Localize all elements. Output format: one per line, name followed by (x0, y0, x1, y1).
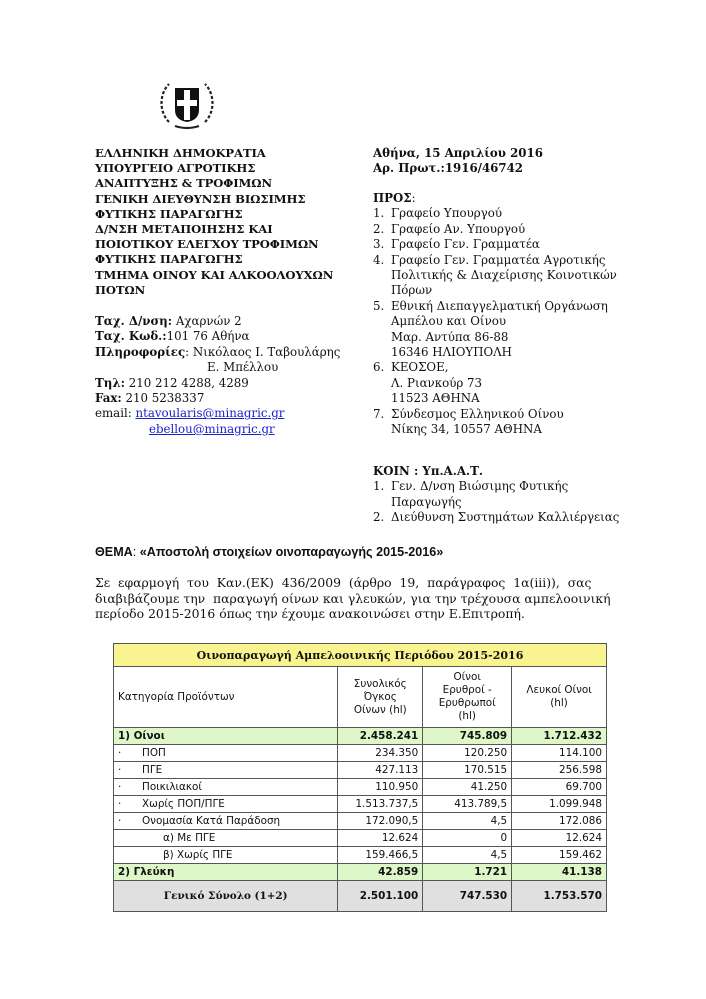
list-item-line: Γεν. Δ/νση Βιώσιμης Φυτικής (391, 479, 673, 494)
row-label: ·Χωρίς ΠΟΠ/ΠΓΕ (114, 796, 338, 813)
row-label: ·ΠΟΠ (114, 745, 338, 762)
header-white: Λευκοί Οίνοι(hl) (512, 667, 607, 728)
cell-white: 1.753.570 (512, 881, 607, 912)
table-row: ·ΠΟΠ234.350120.250114.100 (114, 745, 607, 762)
phone-line: Τηλ: 210 212 4288, 4289 (95, 376, 340, 391)
list-item-line: Λ. Ριανκούρ 73 (391, 376, 673, 391)
recipient-item: 2.Γραφείο Αν. Υπουργού (373, 222, 673, 237)
cell-white: 41.138 (512, 864, 607, 881)
date-block: Αθήνα, 15 Απριλίου 2016 Αρ. Πρωτ.:1916/4… (373, 146, 543, 177)
list-item-line: ΚΕΟΣΟΕ, (391, 360, 673, 375)
list-item-line: 16346 ΗΛΙΟΥΠΟΛΗ (391, 345, 673, 360)
recipient-item: 4.Γραφείο Γεν. Γραμματέα ΑγροτικήςΠολιτι… (373, 253, 673, 299)
row-label-text: β) Χωρίς ΠΓΕ (118, 848, 233, 863)
table-row: ·Ονομασία Κατά Παράδοση172.090,54,5172.0… (114, 813, 607, 830)
row-label-text: Χωρίς ΠΟΠ/ΠΓΕ (142, 798, 225, 810)
row-label: 2) Γλεύκη (114, 864, 338, 881)
cell-total: 234.350 (338, 745, 423, 762)
bullet-icon: · (118, 814, 142, 829)
info-line-2: Ε. Μπέλλου (95, 360, 340, 375)
recipient-item: 5.Εθνική Διεπαγγελματική ΟργάνωσηΑμπέλου… (373, 299, 673, 361)
list-item-line: Γραφείο Γεν. Γραμματέα Αγροτικής (391, 253, 673, 268)
musts-group-row: 2) Γλεύκη42.8591.72141.138 (114, 864, 607, 881)
list-item-line: Εθνική Διεπαγγελματική Οργάνωση (391, 299, 673, 314)
table-row: α) Με ΠΓΕ12.624012.624 (114, 830, 607, 847)
row-label-text: ΠΟΠ (142, 747, 166, 759)
header-line: ΦΥΤΙΚΗΣ ΠΑΡΑΓΩΓΗΣ (95, 252, 333, 267)
list-item-line: Παραγωγής (391, 495, 673, 510)
cell-total: 42.859 (338, 864, 423, 881)
greek-coat-of-arms-icon (155, 76, 219, 132)
recipients-list: 1.Γραφείο Υπουργού2.Γραφείο Αν. Υπουργού… (373, 206, 673, 437)
table-row: ·ΠΓΕ427.113170.515256.598 (114, 762, 607, 779)
header-line: ΥΠΟΥΡΓΕΙΟ ΑΓΡΟΤΙΚΗΣ (95, 161, 333, 176)
list-number: 2. (373, 510, 384, 525)
wine-production-table: Οινοπαραγωγή Αμπελοοινικής Περιόδου 2015… (113, 643, 607, 912)
table-title-row: Οινοπαραγωγή Αμπελοοινικής Περιόδου 2015… (114, 644, 607, 667)
email-link-1[interactable]: ntavoularis@minagric.gr (135, 406, 284, 420)
cell-white: 256.598 (512, 762, 607, 779)
cell-red: 4,5 (423, 847, 512, 864)
cell-total: 1.513.737,5 (338, 796, 423, 813)
list-item-line: Μαρ. Αντύπα 86-88 (391, 330, 673, 345)
table-header-row: Κατηγορία Προϊόντων ΣυνολικόςΌγκοςΟίνων … (114, 667, 607, 728)
row-label-text: Ονομασία Κατά Παράδοση (142, 815, 280, 827)
header-line: ΠΟΤΩΝ (95, 283, 333, 298)
recipient-item: 6.ΚΕΟΣΟΕ,Λ. Ριανκούρ 7311523 ΑΘΗΝΑ (373, 360, 673, 406)
header-category: Κατηγορία Προϊόντων (114, 667, 338, 728)
ministry-header: ΕΛΛΗΝΙΚΗ ΔΗΜΟΚΡΑΤΙΑΥΠΟΥΡΓΕΙΟ ΑΓΡΟΤΙΚΗΣΑΝ… (95, 146, 333, 298)
body-paragraph: Σε εφαρμογή του Καν.(ΕΚ) 436/2009 (άρθρο… (95, 575, 613, 622)
cell-red: 4,5 (423, 813, 512, 830)
email-link-2[interactable]: ebellou@minagric.gr (149, 422, 275, 436)
list-item-line: Πολιτικής & Διαχείρισης Κοινοτικών (391, 268, 673, 283)
row-label-text: ΠΓΕ (142, 764, 162, 776)
cell-red: 0 (423, 830, 512, 847)
list-item-line: Διεύθυνση Συστημάτων Καλλιέργειας (391, 510, 673, 525)
subject-text: «Αποστολή στοιχείων οινοπαραγωγής 2015-2… (140, 545, 444, 559)
header-red: ΟίνοιΕρυθροί -Ερυθρωποί(hl) (423, 667, 512, 728)
cell-white: 1.712.432 (512, 728, 607, 745)
body-line: διαβιβάζουμε την παραγωγή οίνων και γλευ… (95, 591, 613, 607)
row-label: Γενικό Σύνολο (1+2) (114, 881, 338, 912)
contact-block: Ταχ. Δ/νση: Αχαρνών 2 Ταχ. Κωδ.:101 76 Α… (95, 314, 340, 437)
cell-white: 114.100 (512, 745, 607, 762)
cell-total: 2.501.100 (338, 881, 423, 912)
grand-total-row: Γενικό Σύνολο (1+2)2.501.100747.5301.753… (114, 881, 607, 912)
bullet-icon: · (118, 746, 142, 761)
table-row: β) Χωρίς ΠΓΕ159.466,54,5159.462 (114, 847, 607, 864)
recipients-block: ΠΡΟΣ: 1.Γραφείο Υπουργού2.Γραφείο Αν. Υπ… (373, 191, 673, 438)
list-item-line: Σύνδεσμος Ελληνικού Οίνου (391, 407, 673, 422)
list-item-line: Γραφείο Γεν. Γραμματέα (391, 237, 673, 252)
cc-item: 2.Διεύθυνση Συστημάτων Καλλιέργειας (373, 510, 673, 525)
cc-block: ΚΟΙΝ : Υπ.Α.Α.Τ. 1.Γεν. Δ/νση Βιώσιμης Φ… (373, 464, 673, 526)
wines-group-row: 1) Οίνοι 2.458.241 745.809 1.712.432 (114, 728, 607, 745)
recipient-item: 3.Γραφείο Γεν. Γραμματέα (373, 237, 673, 252)
list-item-line: Αμπέλου και Οίνου (391, 314, 673, 329)
cell-white: 1.099.948 (512, 796, 607, 813)
list-number: 1. (373, 206, 384, 221)
table-title: Οινοπαραγωγή Αμπελοοινικής Περιόδου 2015… (114, 644, 607, 667)
cc-title: ΚΟΙΝ : Υπ.Α.Α.Τ. (373, 464, 673, 479)
table-row: ·Ποικιλιακοί110.95041.25069.700 (114, 779, 607, 796)
cell-white: 12.624 (512, 830, 607, 847)
row-label-text: α) Με ΠΓΕ (118, 831, 215, 846)
list-item-line: Γραφείο Υπουργού (391, 206, 673, 221)
info-line: Πληροφορίες: Νικόλαος Ι. Ταβουλάρης (95, 345, 340, 360)
cell-total: 2.458.241 (338, 728, 423, 745)
cell-red: 120.250 (423, 745, 512, 762)
document-date: Αθήνα, 15 Απριλίου 2016 (373, 146, 543, 161)
cc-list: 1.Γεν. Δ/νση Βιώσιμης ΦυτικήςΠαραγωγής2.… (373, 479, 673, 525)
bullet-icon: · (118, 797, 142, 812)
list-item-line: Γραφείο Αν. Υπουργού (391, 222, 673, 237)
cell-total: 427.113 (338, 762, 423, 779)
cell-total: 12.624 (338, 830, 423, 847)
row-label-text: Ποικιλιακοί (142, 781, 202, 793)
subject-line: ΘΕΜΑ: «Αποστολή στοιχείων οινοπαραγωγής … (95, 545, 443, 559)
cell-total: 172.090,5 (338, 813, 423, 830)
protocol-number: Αρ. Πρωτ.:1916/46742 (373, 161, 543, 176)
bullet-icon: · (118, 780, 142, 795)
header-line: ΤΜΗΜΑ ΟΙΝΟΥ ΚΑΙ ΑΛΚΟΟΛΟΥΧΩΝ (95, 268, 333, 283)
list-number: 2. (373, 222, 384, 237)
list-number: 4. (373, 253, 384, 268)
cell-total: 159.466,5 (338, 847, 423, 864)
cell-white: 159.462 (512, 847, 607, 864)
header-line: ΦΥΤΙΚΗΣ ΠΑΡΑΓΩΓΗΣ (95, 207, 333, 222)
email-line-2: ebellou@minagric.gr (95, 422, 340, 437)
row-label: ·Ονομασία Κατά Παράδοση (114, 813, 338, 830)
list-number: 6. (373, 360, 384, 375)
row-label: ·ΠΓΕ (114, 762, 338, 779)
row-label: ·Ποικιλιακοί (114, 779, 338, 796)
cell-red: 413.789,5 (423, 796, 512, 813)
cell-red: 41.250 (423, 779, 512, 796)
list-number: 3. (373, 237, 384, 252)
cell-red: 170.515 (423, 762, 512, 779)
recipients-title: ΠΡΟΣ (373, 191, 412, 205)
table-row: ·Χωρίς ΠΟΠ/ΠΓΕ1.513.737,5413.789,51.099.… (114, 796, 607, 813)
email-line: email: ntavoularis@minagric.gr (95, 406, 340, 421)
cell-red: 747.530 (423, 881, 512, 912)
list-item-line: 11523 ΑΘΗΝΑ (391, 391, 673, 406)
header-line: ΓΕΝΙΚΗ ΔΙΕΥΘΥΝΣΗ ΒΙΩΣΙΜΗΣ (95, 192, 333, 207)
list-item-line: Νίκης 34, 10557 ΑΘΗΝΑ (391, 422, 673, 437)
body-line: περίοδο 2015-2016 όπως την έχουμε ανακοι… (95, 606, 613, 622)
header-line: ΕΛΛΗΝΙΚΗ ΔΗΜΟΚΡΑΤΙΑ (95, 146, 333, 161)
recipient-item: 1.Γραφείο Υπουργού (373, 206, 673, 221)
list-number: 5. (373, 299, 384, 314)
bullet-icon: · (118, 763, 142, 778)
row-label: 1) Οίνοι (114, 728, 338, 745)
address-line: Ταχ. Δ/νση: Αχαρνών 2 (95, 314, 340, 329)
header-line: Δ/ΝΣΗ ΜΕΤΑΠΟΙΗΣΗΣ ΚΑΙ (95, 222, 333, 237)
row-label: α) Με ΠΓΕ (114, 830, 338, 847)
list-number: 7. (373, 407, 384, 422)
cell-white: 69.700 (512, 779, 607, 796)
recipient-item: 7.Σύνδεσμος Ελληνικού ΟίνουΝίκης 34, 105… (373, 407, 673, 438)
fax-line: Fax: 210 5238337 (95, 391, 340, 406)
list-number: 1. (373, 479, 384, 494)
header-total: ΣυνολικόςΌγκοςΟίνων (hl) (338, 667, 423, 728)
header-line: ΠΟΙΟΤΙΚΟΥ ΕΛΕΓΧΟΥ ΤΡΟΦΙΜΩΝ (95, 237, 333, 252)
cell-total: 110.950 (338, 779, 423, 796)
header-line: ΑΝΑΠΤΥΞΗΣ & ΤΡΟΦΙΜΩΝ (95, 176, 333, 191)
cell-red: 745.809 (423, 728, 512, 745)
cc-item: 1.Γεν. Δ/νση Βιώσιμης ΦυτικήςΠαραγωγής (373, 479, 673, 510)
body-line: Σε εφαρμογή του Καν.(ΕΚ) 436/2009 (άρθρο… (95, 575, 613, 591)
cell-red: 1.721 (423, 864, 512, 881)
list-item-line: Πόρων (391, 283, 673, 298)
postcode-line: Ταχ. Κωδ.:101 76 Αθήνα (95, 329, 340, 344)
subject-label: ΘΕΜΑ (95, 545, 133, 559)
row-label: β) Χωρίς ΠΓΕ (114, 847, 338, 864)
cell-white: 172.086 (512, 813, 607, 830)
